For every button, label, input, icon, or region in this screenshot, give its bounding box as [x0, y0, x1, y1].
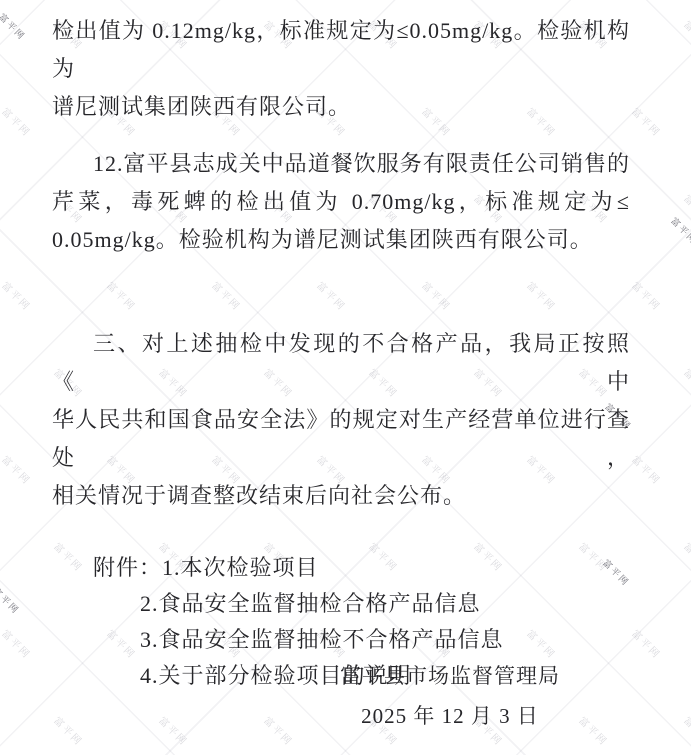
watermark-text: 富平网 — [0, 625, 35, 661]
document-page: 富平网富平网富平网富平网富平网富平网富平网富平网富平网富平网富平网富平网富平网富… — [0, 0, 691, 755]
text-line: 0.05mg/kg。检验机构为谱尼测试集团陕西有限公司。 — [52, 221, 630, 259]
watermark-text: 富平网 — [0, 584, 23, 617]
watermark-text: 富平网 — [681, 16, 691, 52]
watermark-text: 富平网 — [0, 10, 29, 43]
watermark-text: 富平网 — [156, 712, 192, 748]
watermark-text: 富平网 — [681, 190, 691, 226]
text-line: 芹菜，毒死蜱的检出值为 0.70mg/kg，标准规定为≤ — [52, 183, 630, 221]
text-line: 12.富平县志成关中品道餐饮服务有限责任公司销售的 — [52, 145, 630, 183]
watermark-text: 富平网 — [0, 103, 35, 139]
attachment-item: 3.食品安全监督抽检不合格产品信息 — [140, 622, 630, 658]
paragraph-carryover: 检出值为 0.12mg/kg，标准规定为≤0.05mg/kg。检验机构为 谱尼测… — [52, 12, 630, 126]
signature-block: 富平县市场监督管理局 2025 年 12 月 3 日 — [209, 656, 691, 736]
attachment-item: 2.食品安全监督抽检合格产品信息 — [140, 586, 630, 622]
attachment-item: 1.本次检验项目 — [162, 555, 319, 580]
attachment-label: 附件： — [93, 555, 162, 580]
attachment-line-1: 附件：1.本次检验项目 — [52, 550, 630, 586]
text-line: 谱尼测试集团陕西有限公司。 — [52, 88, 630, 126]
watermark-text: 富平网 — [629, 277, 665, 313]
watermark-text: 富平网 — [0, 451, 35, 487]
signature-org: 富平县市场监督管理局 — [209, 656, 691, 696]
text-line: 三、对上述抽检中发现的不合格产品，我局正按照《中 — [52, 325, 630, 401]
watermark-text: 富平网 — [0, 277, 35, 313]
watermark-text: 富平网 — [668, 214, 691, 247]
text-line: 华人民共和国食品安全法》的规定对生产经营单位进行查处， — [52, 401, 630, 477]
signature-date: 2025 年 12 月 3 日 — [209, 696, 691, 736]
watermark-text: 富平网 — [629, 103, 665, 139]
watermark-text: 富平网 — [629, 451, 665, 487]
paragraph-section-3: 三、对上述抽检中发现的不合格产品，我局正按照《中 华人民共和国食品安全法》的规定… — [52, 325, 630, 515]
paragraph-item-12: 12.富平县志成关中品道餐饮服务有限责任公司销售的 芹菜，毒死蜱的检出值为 0.… — [52, 145, 630, 259]
watermark-text: 富平网 — [51, 712, 87, 748]
document-body: 检出值为 0.12mg/kg，标准规定为≤0.05mg/kg。检验机构为 谱尼测… — [52, 12, 630, 694]
text-line: 相关情况于调查整改结束后向社会公布。 — [52, 477, 630, 515]
watermark-text: 富平网 — [681, 538, 691, 574]
watermark-text: 富平网 — [681, 364, 691, 400]
text-line: 检出值为 0.12mg/kg，标准规定为≤0.05mg/kg。检验机构为 — [52, 12, 630, 88]
